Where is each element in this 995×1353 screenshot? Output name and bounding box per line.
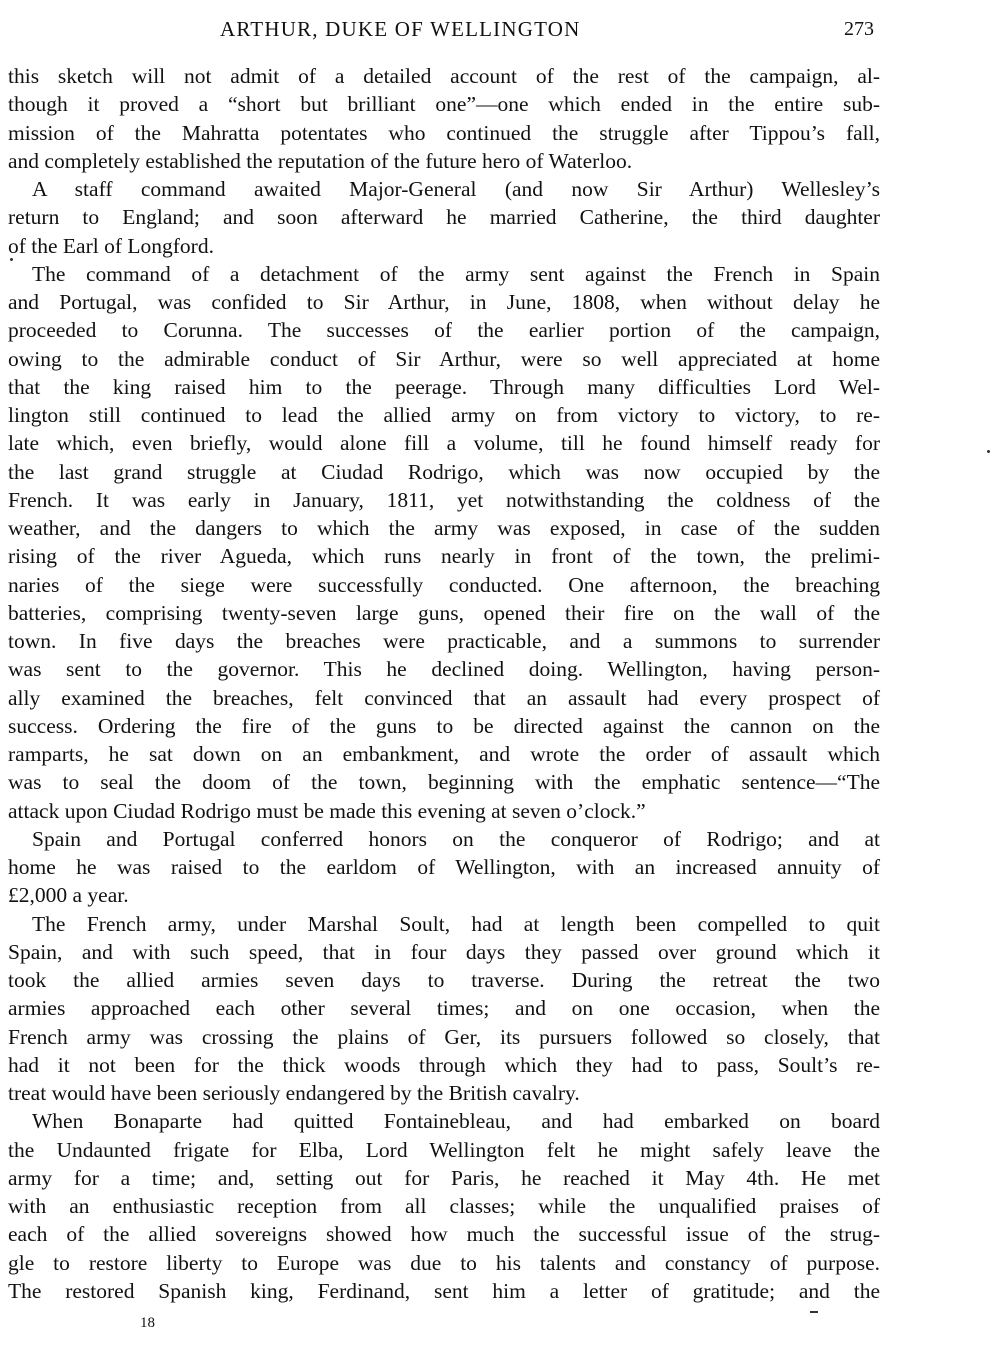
text-line: success. Ordering the fire of the guns t… [8,712,880,740]
book-page: ARTHUR, DUKE OF WELLINGTON 273 this sket… [0,0,995,1353]
paragraph: When Bonaparte had quitted Fontainebleau… [8,1107,880,1305]
paragraph: A staff command awaited Major-General (a… [8,175,880,260]
text-line: this sketch will not admit of a detailed… [8,62,880,90]
paragraph: this sketch will not admit of a detailed… [8,62,880,175]
scan-mark [810,1311,818,1313]
text-line: rising of the river Agueda, which runs n… [8,542,880,570]
text-line: was to seal the doom of the town, beginn… [8,768,880,796]
page-number: 273 [844,14,874,44]
text-line: was sent to the governor. This he declin… [8,655,880,683]
text-line: The French army, under Marshal Soult, ha… [8,910,880,938]
text-line: that the king raised him to the peerage.… [8,373,880,401]
text-line: The restored Spanish king, Ferdinand, se… [8,1277,880,1305]
text-line: weather, and the dangers to which the ar… [8,514,880,542]
scan-speck [10,258,13,261]
text-line: When Bonaparte had quitted Fontainebleau… [8,1107,880,1135]
text-line: Spain, and with such speed, that in four… [8,938,880,966]
text-line: French army was crossing the plains of G… [8,1023,880,1051]
text-line: naries of the siege were successfully co… [8,571,880,599]
text-line: Spain and Portugal conferred honors on t… [8,825,880,853]
running-title: ARTHUR, DUKE OF WELLINGTON [220,14,580,44]
text-line: return to England; and soon afterward he… [8,203,880,231]
text-line: lington still continued to lead the alli… [8,401,880,429]
text-line: the Undaunted frigate for Elba, Lord Wel… [8,1136,880,1164]
text-line: the last grand struggle at Ciudad Rodrig… [8,458,880,486]
signature-mark: 18 [140,1313,155,1333]
text-line: late which, even briefly, would alone fi… [8,429,880,457]
text-line: attack upon Ciudad Rodrigo must be made … [8,797,880,825]
text-line: The command of a detachment of the army … [8,260,880,288]
body-text: this sketch will not admit of a detailed… [8,62,880,1305]
text-line: A staff command awaited Major-General (a… [8,175,880,203]
text-line: army for a time; and, setting out for Pa… [8,1164,880,1192]
text-line: with an enthusiastic reception from all … [8,1192,880,1220]
text-line: took the allied armies seven days to tra… [8,966,880,994]
text-line: home he was raised to the earldom of Wel… [8,853,880,881]
text-line: armies approached each other several tim… [8,994,880,1022]
paragraph: The command of a detachment of the army … [8,260,880,825]
text-line: gle to restore liberty to Europe was due… [8,1249,880,1277]
text-line: town. In five days the breaches were pra… [8,627,880,655]
text-line: had it not been for the thick woods thro… [8,1051,880,1079]
text-line: and completely established the reputatio… [8,147,880,175]
text-line: and Portugal, was confided to Sir Arthur… [8,288,880,316]
text-line: £2,000 a year. [8,881,880,909]
text-line: each of the allied sovereigns showed how… [8,1220,880,1248]
text-line: treat would have been seriously endanger… [8,1079,880,1107]
paragraph: The French army, under Marshal Soult, ha… [8,910,880,1108]
text-line: owing to the admirable conduct of Sir Ar… [8,345,880,373]
text-line: mission of the Mahratta potentates who c… [8,119,880,147]
paragraph: Spain and Portugal conferred honors on t… [8,825,880,910]
scan-speck [987,450,990,453]
text-line: ally examined the breaches, felt convinc… [8,684,880,712]
text-line: batteries, comprising twenty-seven large… [8,599,880,627]
text-line: though it proved a “short but brilliant … [8,90,880,118]
running-head: ARTHUR, DUKE OF WELLINGTON 273 [0,14,995,44]
text-line: ramparts, he sat down on an embankment, … [8,740,880,768]
text-line: French. It was early in January, 1811, y… [8,486,880,514]
text-line: of the Earl of Longford. [8,232,880,260]
text-line: proceeded to Corunna. The successes of t… [8,316,880,344]
